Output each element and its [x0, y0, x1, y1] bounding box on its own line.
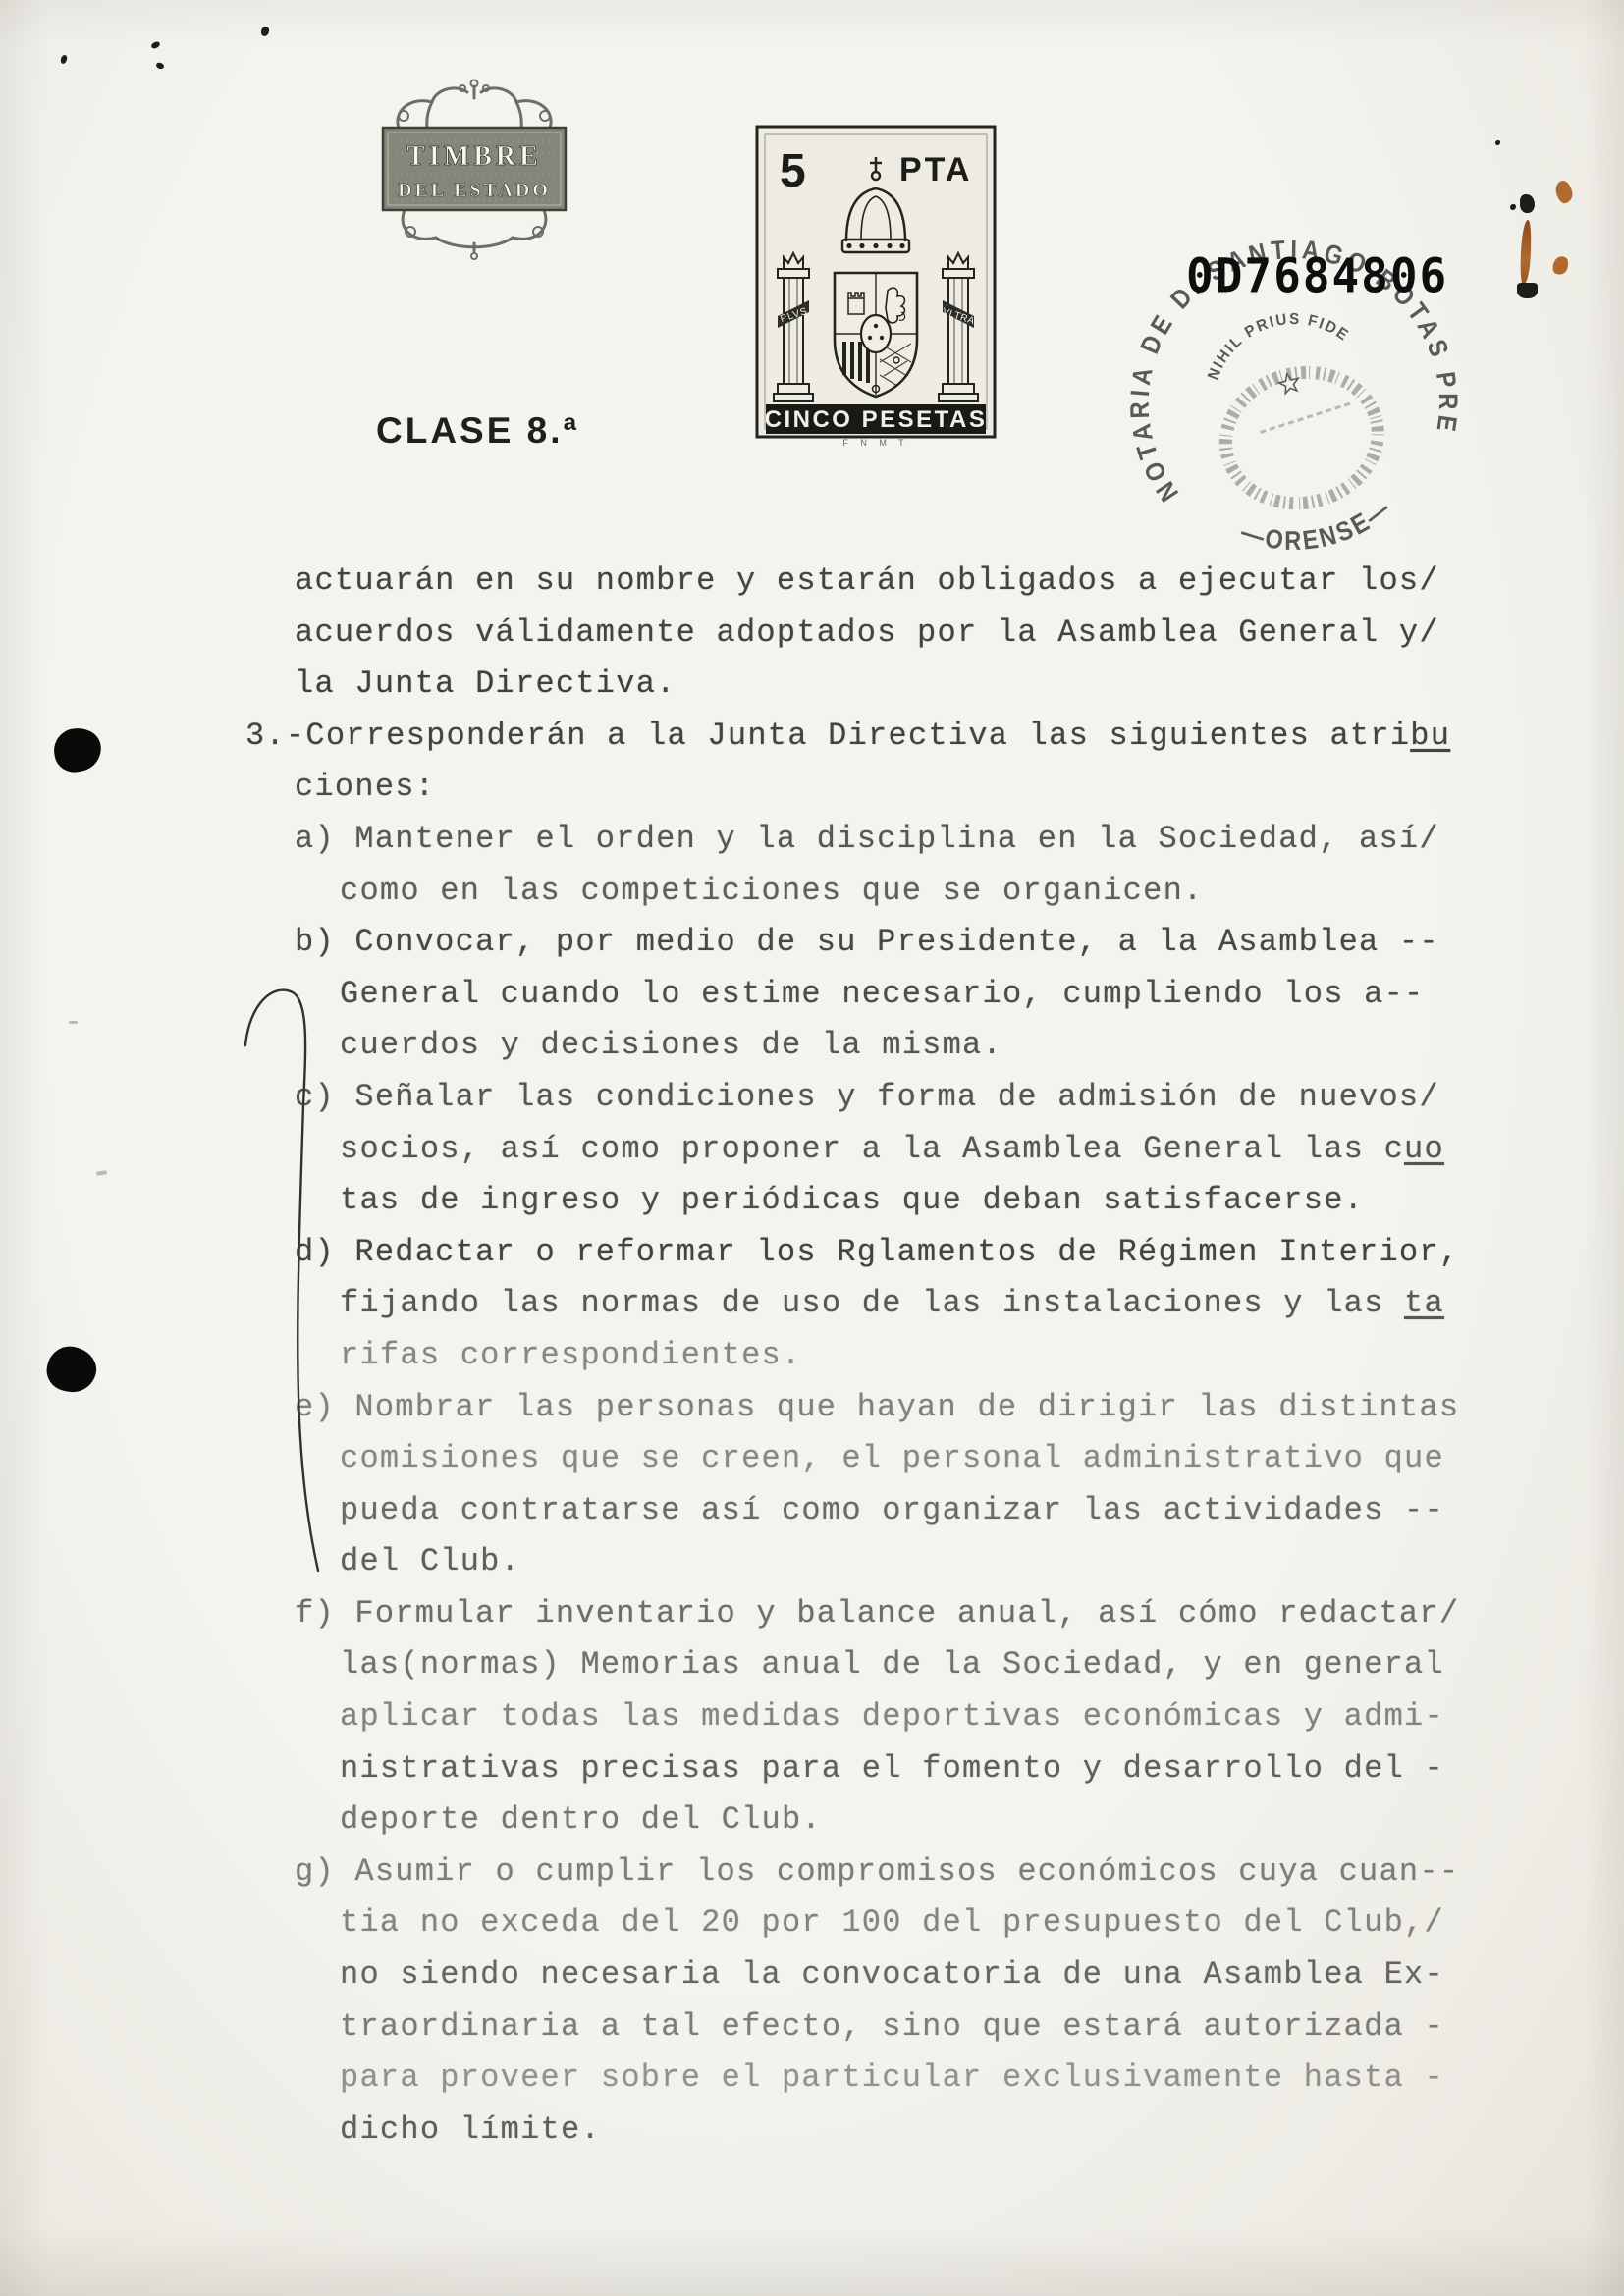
- text-line: g) Asumir o cumplir los compromisos econ…: [0, 1846, 1624, 1898]
- text-line: aplicar todas las medidas deportivas eco…: [0, 1691, 1624, 1743]
- rust-stain: [1553, 179, 1574, 204]
- text-line: del Club.: [0, 1536, 1624, 1588]
- text-line: 3.-Corresponderán a la Junta Directiva l…: [0, 711, 1624, 763]
- text-line: las(normas) Memorias anual de la Socieda…: [0, 1639, 1624, 1691]
- text-line: b) Convocar, por medio de su Presidente,…: [0, 917, 1624, 969]
- ink-blot: [1517, 283, 1538, 298]
- ink-speck: [150, 41, 161, 50]
- text-line: traordinaria a tal efecto, sino que esta…: [0, 2002, 1624, 2054]
- scanned-document-page: TIMBRE DEL ESTADO CLASE 8.ª 5 PTA: [0, 0, 1624, 2296]
- serial-number: 0D7684806: [1186, 248, 1448, 303]
- rust-stain: [1550, 254, 1571, 277]
- ink-speck: [60, 54, 68, 64]
- ink-speck: [1510, 204, 1516, 210]
- text-line: General cuando lo estime necesario, cump…: [0, 969, 1624, 1021]
- timbre-del-estado-emblem: TIMBRE DEL ESTADO: [371, 77, 577, 265]
- timbre-line1: TIMBRE: [406, 141, 542, 172]
- ink-blot: [1520, 194, 1535, 213]
- timbre-line2: DEL ESTADO: [398, 180, 551, 201]
- text-line: a) Mantener el orden y la disciplina en …: [0, 814, 1624, 866]
- text-line: pueda contratarse así como organizar las…: [0, 1485, 1624, 1537]
- fiscal-stamp: 5 PTA PLVS: [754, 124, 998, 450]
- text-line: cuerdos y decisiones de la misma.: [0, 1020, 1624, 1072]
- text-line: para proveer sobre el particular exclusi…: [0, 2053, 1624, 2105]
- text-line: fijando las normas de uso de las instala…: [0, 1278, 1624, 1330]
- text-line: no siendo necesaria la convocatoria de u…: [0, 1949, 1624, 2002]
- text-line: deporte dentro del Club.: [0, 1794, 1624, 1846]
- notary-wreath: [1213, 357, 1391, 518]
- body-text: actuarán en su nombre y estarán obligado…: [0, 556, 1624, 2156]
- text-line: nistrativas precisas para el fomento y d…: [0, 1743, 1624, 1795]
- text-line: socios, así como proponer a la Asamblea …: [0, 1124, 1624, 1176]
- denomination-label: CINCO PESETAS: [765, 406, 988, 433]
- text-line: comisiones que se creen, el personal adm…: [0, 1433, 1624, 1485]
- ink-speck: [260, 26, 269, 36]
- ink-speck: [155, 61, 165, 70]
- text-line: rifas correspondientes.: [0, 1330, 1624, 1382]
- stamp-currency: PTA: [899, 151, 972, 188]
- clase-label: CLASE 8.ª: [376, 410, 579, 452]
- coat-of-arms-shield: [835, 273, 917, 397]
- text-line: ciones:: [0, 762, 1624, 814]
- text-line: c) Señalar las condiciones y forma de ad…: [0, 1072, 1624, 1124]
- ink-speck: [1495, 140, 1500, 145]
- mint-mark: F N M T: [842, 438, 908, 448]
- rust-stain: [1519, 220, 1532, 285]
- text-line: acuerdos válidamente adoptados por la As…: [0, 608, 1624, 660]
- text-line: e) Nombrar las personas que hayan de dir…: [0, 1382, 1624, 1434]
- text-line: tas de ingreso y periódicas que deban sa…: [0, 1175, 1624, 1227]
- text-line: como en las competiciones que se organic…: [0, 866, 1624, 918]
- stamp-value: 5: [780, 145, 806, 197]
- text-line: dicho límite.: [0, 2105, 1624, 2157]
- text-line: d) Redactar o reformar los Rglamentos de…: [0, 1227, 1624, 1279]
- text-line: f) Formular inventario y balance anual, …: [0, 1588, 1624, 1640]
- text-line: la Junta Directiva.: [0, 659, 1624, 711]
- text-line: tia no exceda del 20 por 100 del presupu…: [0, 1897, 1624, 1949]
